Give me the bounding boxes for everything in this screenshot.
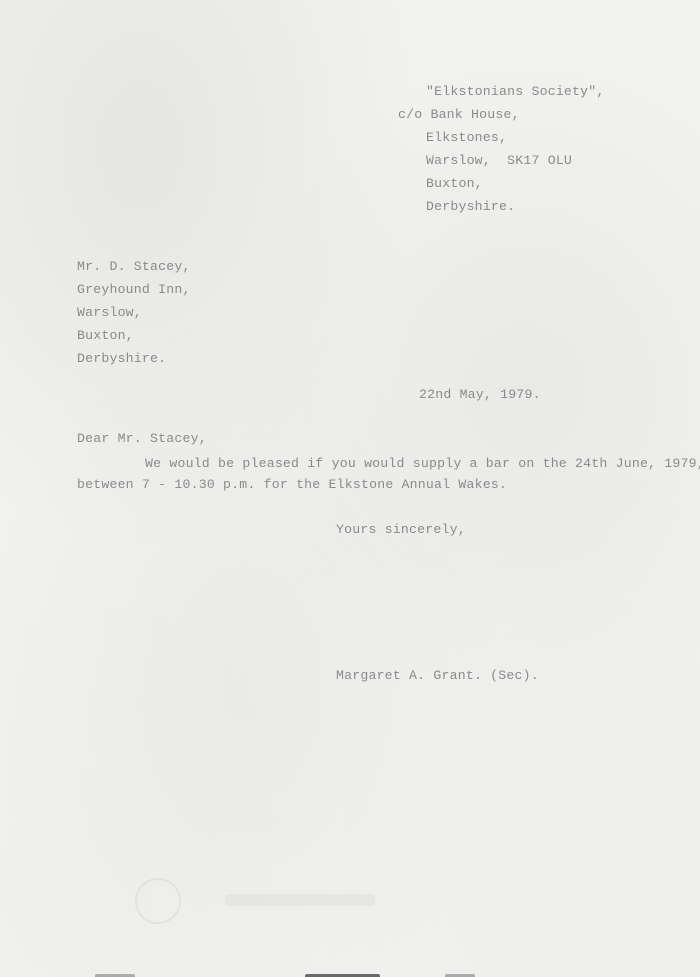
sender-line-city: Buxton, xyxy=(426,176,483,192)
recipient-line-city: Buxton, xyxy=(77,328,134,344)
sender-line-village: Elkstones, xyxy=(426,130,507,146)
recipient-line-premises: Greyhound Inn, xyxy=(77,282,191,298)
sender-line-organisation: "Elkstonians Society", xyxy=(426,84,605,100)
salutation: Dear Mr. Stacey, xyxy=(77,431,207,447)
sender-line-care-of: c/o Bank House, xyxy=(398,107,520,123)
letter-date: 22nd May, 1979. xyxy=(419,387,541,403)
body-line-1: We would be pleased if you would supply … xyxy=(145,456,700,472)
closing: Yours sincerely, xyxy=(336,522,466,538)
recipient-line-town: Warslow, xyxy=(77,305,142,321)
watermark-emblem xyxy=(135,878,181,924)
sender-line-county: Derbyshire. xyxy=(426,199,515,215)
recipient-line-name: Mr. D. Stacey, xyxy=(77,259,191,275)
letter-page: "Elkstonians Society", c/o Bank House, E… xyxy=(0,0,700,977)
signature: Margaret A. Grant. (Sec). xyxy=(336,668,539,684)
sender-line-town-postcode: Warslow, SK17 OLU xyxy=(426,153,572,169)
body-line-2: between 7 - 10.30 p.m. for the Elkstone … xyxy=(77,477,507,493)
recipient-line-county: Derbyshire. xyxy=(77,351,166,367)
watermark-text xyxy=(225,894,375,906)
